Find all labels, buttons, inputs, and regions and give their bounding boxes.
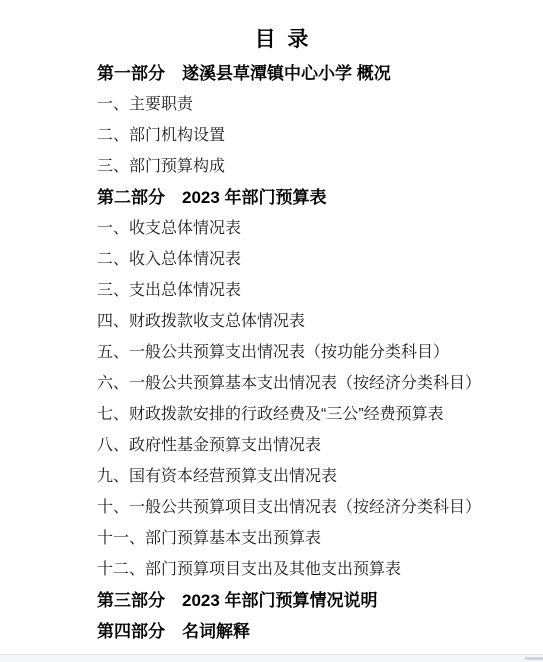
toc-item: 十二、部门预算项目支出及其他支出预算表 xyxy=(97,554,469,585)
toc-item: 三、支出总体情况表 xyxy=(97,275,469,306)
toc-item: 二、收入总体情况表 xyxy=(97,244,469,275)
horizontal-scrollbar[interactable] xyxy=(0,654,543,662)
toc-item: 九、国有资本经营预算支出情况表 xyxy=(97,461,469,492)
toc-item: 一、主要职责 xyxy=(97,89,469,120)
toc-part-heading: 第二部分 2023 年部门预算表 xyxy=(97,182,469,213)
toc-page: 目 录 第一部分 遂溪县草潭镇中心小学 概况 一、主要职责 二、部门机构设置 三… xyxy=(97,26,469,647)
toc-part-heading: 第一部分 遂溪县草潭镇中心小学 概况 xyxy=(97,58,469,89)
toc-item: 六、一般公共预算基本支出情况表（按经济分类科目） xyxy=(97,368,469,399)
toc-part-heading: 第四部分 名词解释 xyxy=(97,616,469,647)
toc-item: 十一、部门预算基本支出预算表 xyxy=(97,523,469,554)
toc-item: 三、部门预算构成 xyxy=(97,151,469,182)
toc-item: 四、财政拨款收支总体情况表 xyxy=(97,306,469,337)
toc-part-heading: 第三部分 2023 年部门预算情况说明 xyxy=(97,585,469,616)
toc-item: 五、一般公共预算支出情况表（按功能分类科目） xyxy=(97,337,469,368)
toc-item: 七、财政拨款安排的行政经费及“三公”经费预算表 xyxy=(97,399,469,430)
toc-list: 第一部分 遂溪县草潭镇中心小学 概况 一、主要职责 二、部门机构设置 三、部门预… xyxy=(97,58,469,647)
scrollbar-thumb[interactable] xyxy=(525,657,543,660)
page-title: 目 录 xyxy=(97,26,469,54)
toc-item: 十、一般公共预算项目支出情况表（按经济分类科目） xyxy=(97,492,469,523)
toc-item: 八、政府性基金预算支出情况表 xyxy=(97,430,469,461)
toc-item: 二、部门机构设置 xyxy=(97,120,469,151)
toc-item: 一、收支总体情况表 xyxy=(97,213,469,244)
